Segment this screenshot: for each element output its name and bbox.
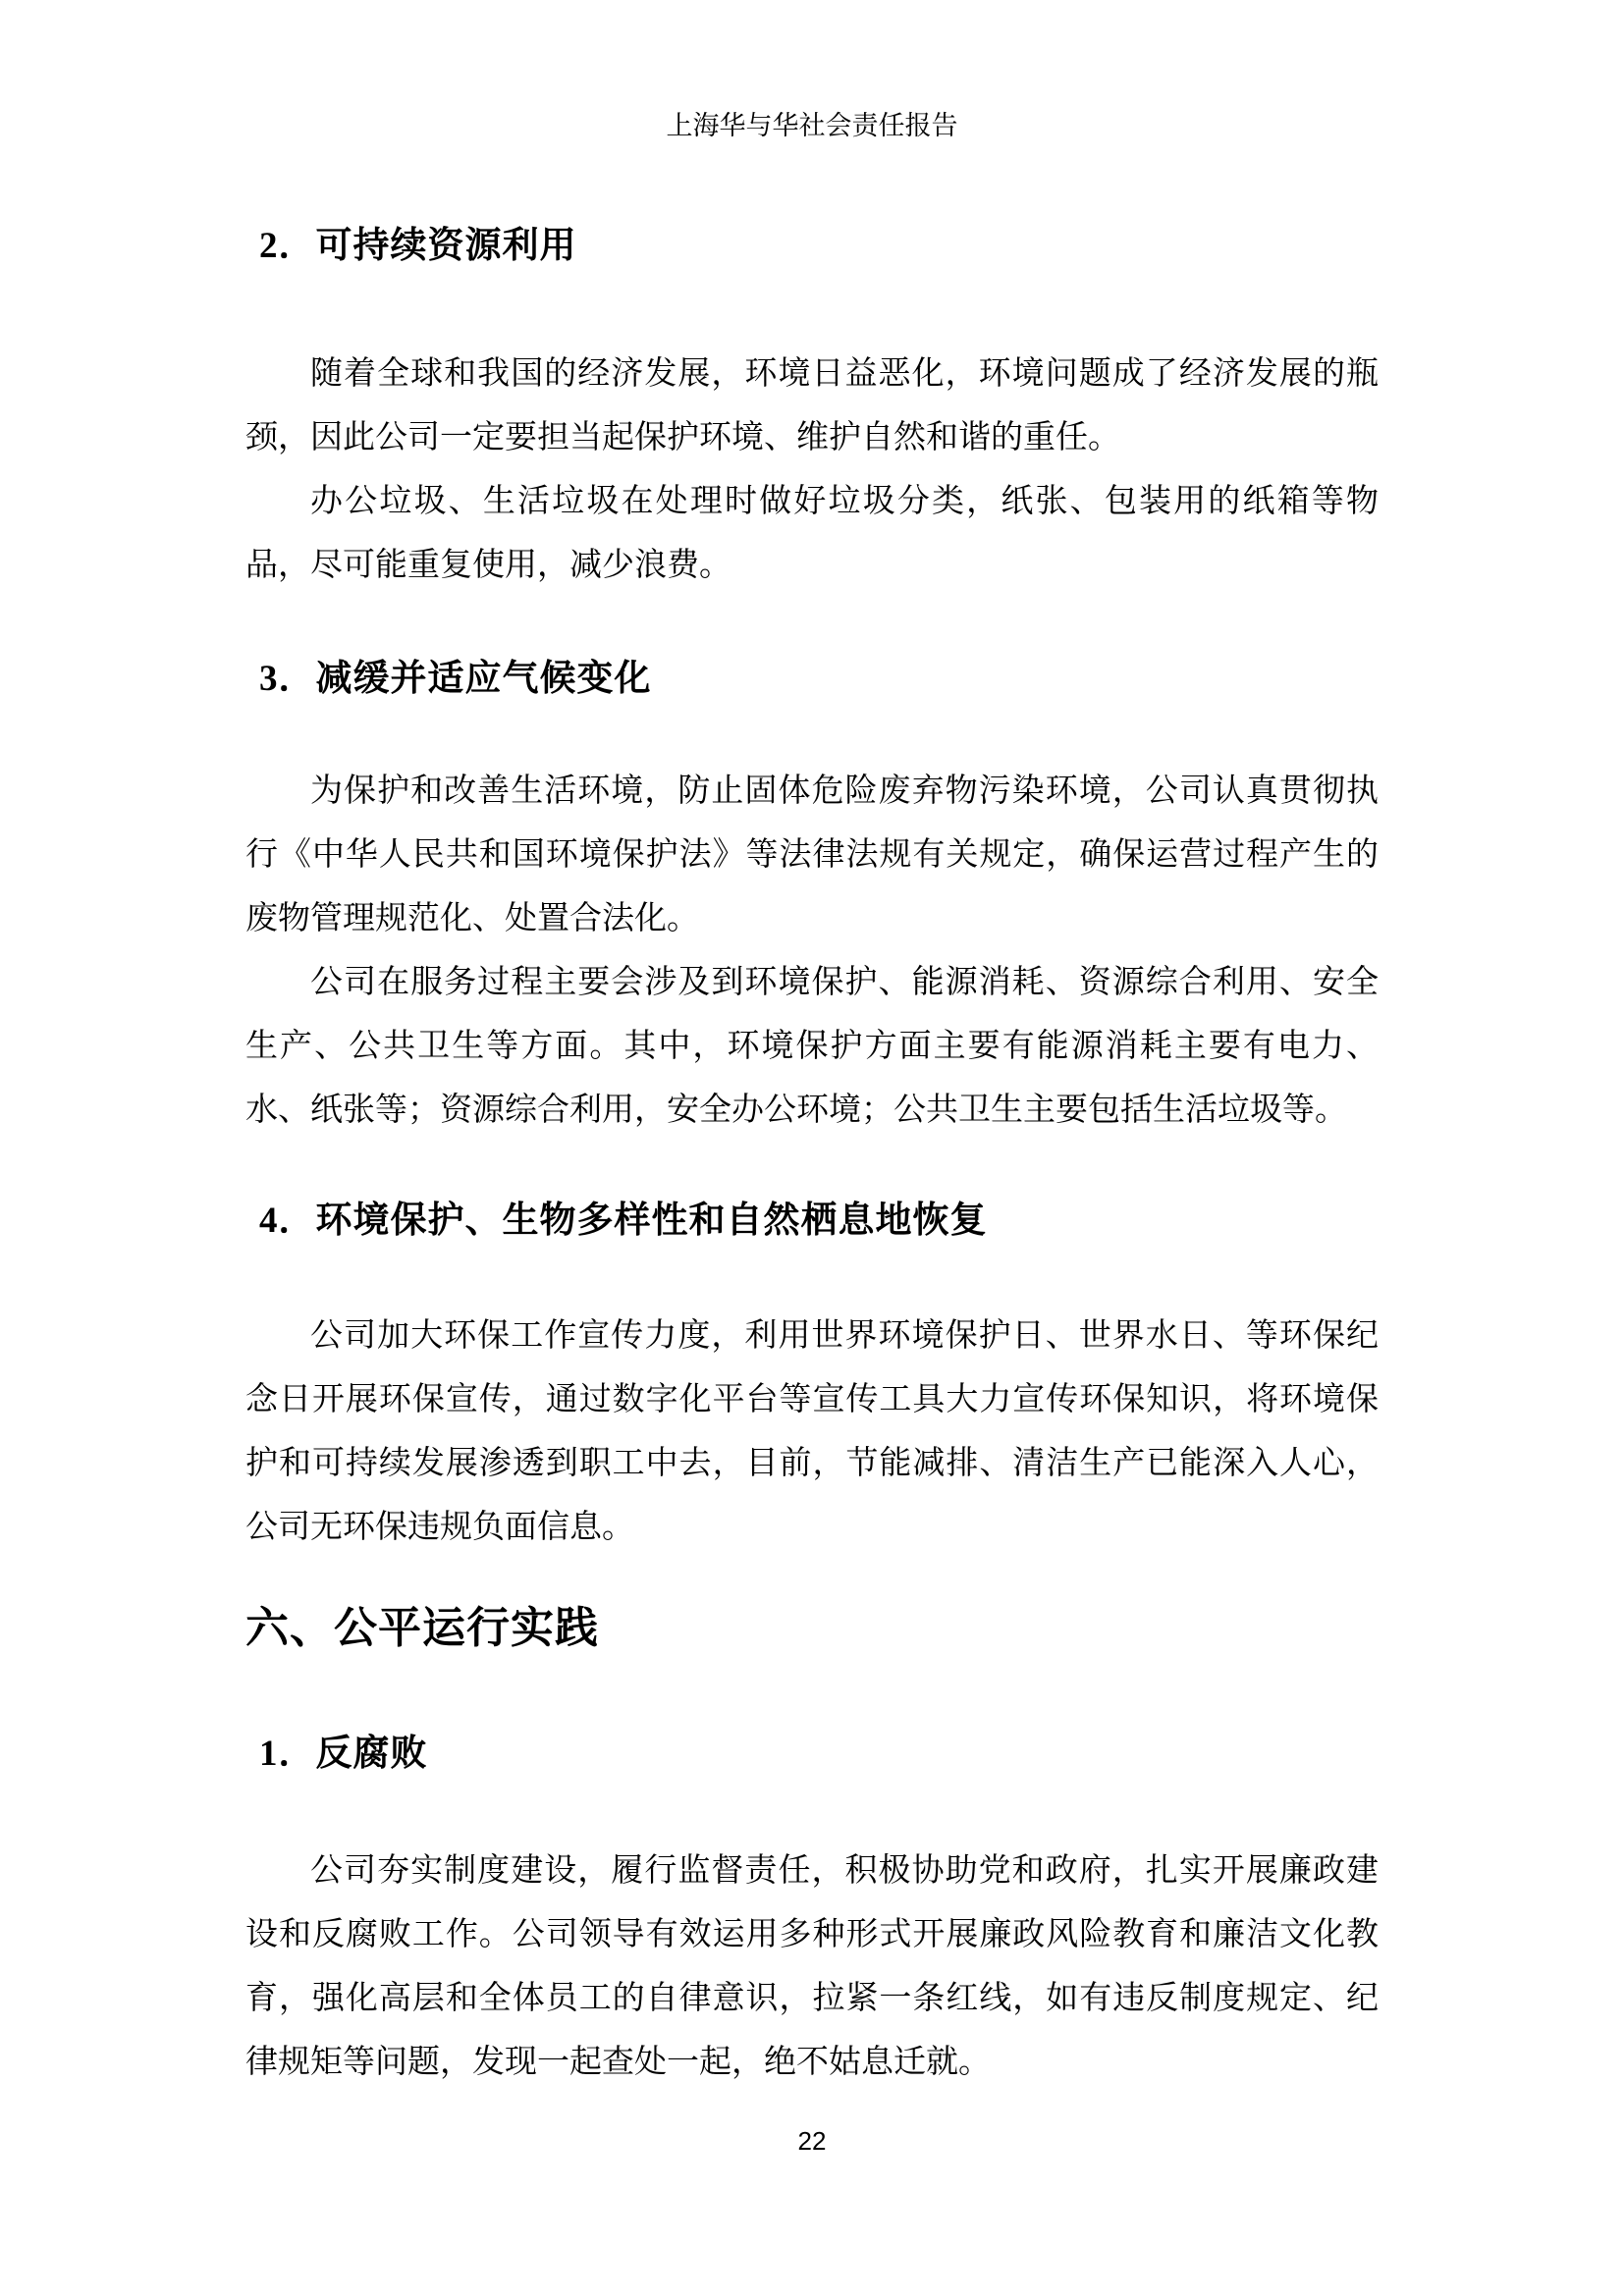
document-header-title: 上海华与华社会责任报告 [0, 110, 1624, 141]
section-body-anti-corruption: 公司夯实制度建设，履行监督责任，积极协助党和政府，扎实开展廉政建设和反腐败工作。… [245, 1840, 1379, 2095]
section-body-environment-protection: 公司加大环保工作宣传力度，利用世界环境保护日、世界水日、等环保纪念日开展环保宣传… [245, 1305, 1379, 1560]
section-heading-environment-protection: 4．环境保护、生物多样性和自然栖息地恢复 [259, 1201, 1379, 1243]
section-heading-anti-corruption: 1．反腐败 [259, 1734, 1379, 1776]
section-heading-sustainable-resources: 2．可持续资源利用 [259, 226, 1379, 268]
section-heading-climate-change: 3．减缓并适应气候变化 [259, 659, 1379, 701]
paragraph: 随着全球和我国的经济发展，环境日益恶化，环境问题成了经济发展的瓶颈，因此公司一定… [245, 343, 1379, 470]
section-body-climate-change: 为保护和改善生活环境，防止固体危险废弃物污染环境，公司认真贯彻执行《中华人民共和… [245, 760, 1379, 1143]
paragraph: 为保护和改善生活环境，防止固体危险废弃物污染环境，公司认真贯彻执行《中华人民共和… [245, 760, 1379, 951]
chapter-heading-fair-operation: 六、公平运行实践 [245, 1604, 1379, 1654]
page-number: 22 [0, 2126, 1624, 2157]
document-page: 上海华与华社会责任报告 2．可持续资源利用 随着全球和我国的经济发展，环境日益恶… [0, 0, 1624, 2296]
paragraph: 公司在服务过程主要会涉及到环境保护、能源消耗、资源综合利用、安全生产、公共卫生等… [245, 951, 1379, 1143]
paragraph: 办公垃圾、生活垃圾在处理时做好垃圾分类，纸张、包装用的纸箱等物品，尽可能重复使用… [245, 470, 1379, 598]
paragraph: 公司夯实制度建设，履行监督责任，积极协助党和政府，扎实开展廉政建设和反腐败工作。… [245, 1840, 1379, 2095]
paragraph: 公司加大环保工作宣传力度，利用世界环境保护日、世界水日、等环保纪念日开展环保宣传… [245, 1305, 1379, 1560]
section-body-sustainable-resources: 随着全球和我国的经济发展，环境日益恶化，环境问题成了经济发展的瓶颈，因此公司一定… [245, 343, 1379, 598]
